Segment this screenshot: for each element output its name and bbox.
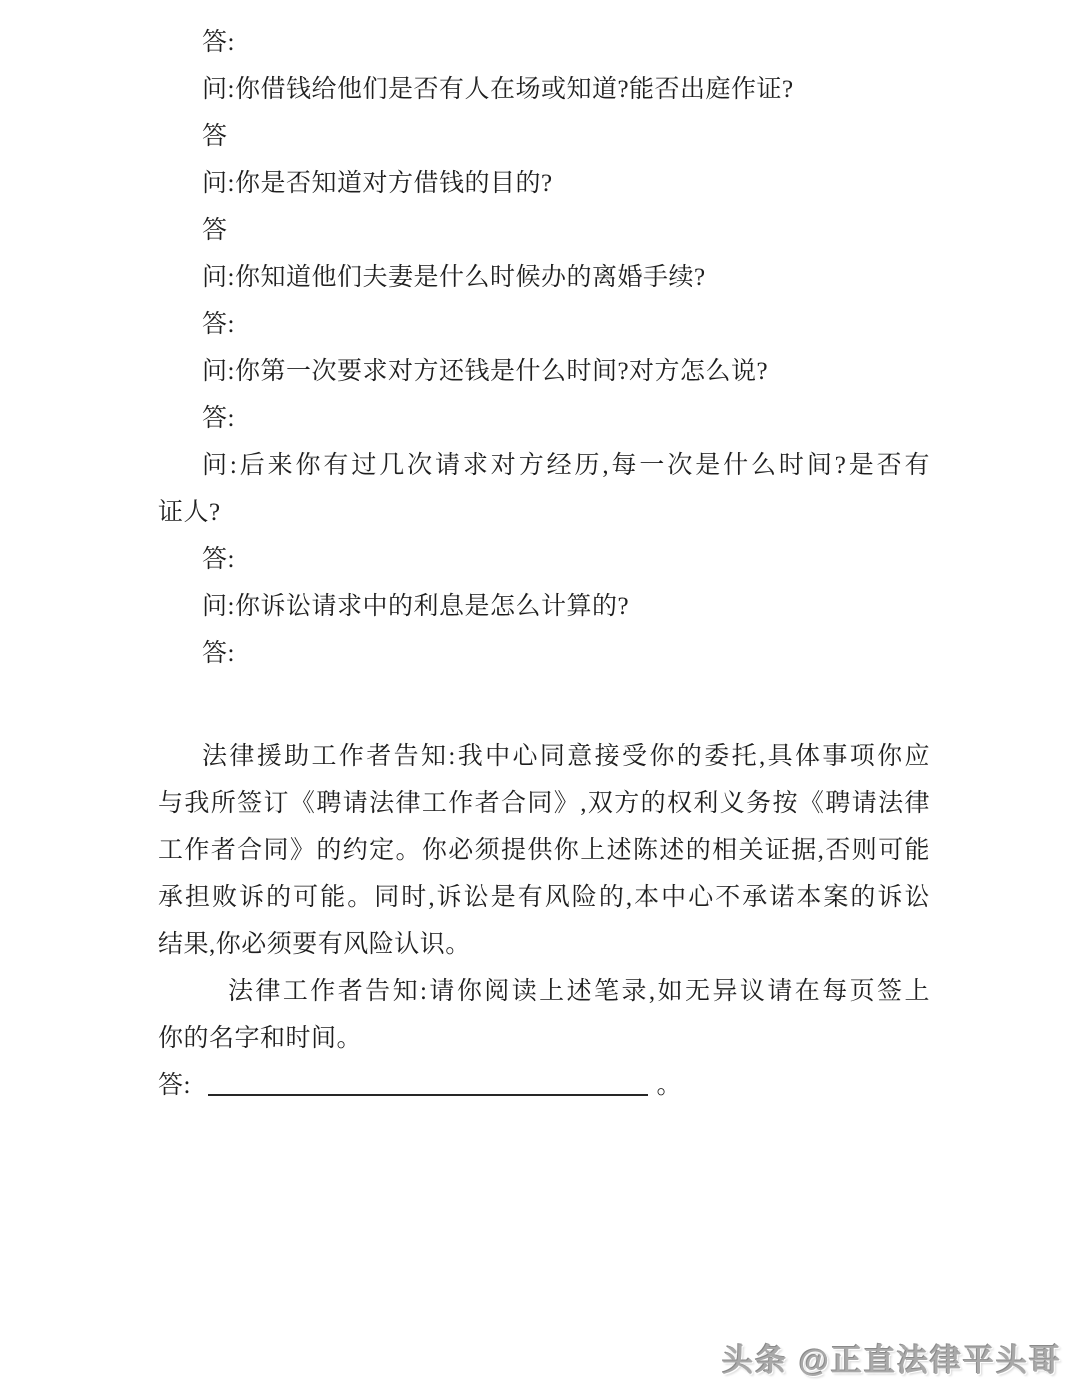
notice-line: 工作者合同》的约定。你必须提供你上述陈述的相关证据,否则可能 — [158, 827, 930, 874]
qa-answer-line: 答: — [158, 536, 930, 583]
qa-answer-line: 答: — [158, 301, 930, 348]
notice-line: 你的名字和时间。 — [158, 1015, 930, 1062]
qa-question-wrap-line: 证人? — [158, 489, 930, 536]
notice-line: 与我所签订《聘请法律工作者合同》,双方的权利义务按《聘请法律 — [158, 780, 930, 827]
qa-answer-line: 答 — [158, 207, 930, 254]
watermark-toutiao: 头条 @正直法律平头哥 — [722, 1335, 1062, 1380]
signature-blank-line — [208, 1094, 648, 1096]
qa-question-line: 问:你诉讼请求中的利息是怎么计算的? — [158, 583, 930, 630]
notice-line: 承担败诉的可能。同时,诉讼是有风险的,本中心不承诺本案的诉讼 — [158, 874, 930, 921]
document-page: 答: 问:你借钱给他们是否有人在场或知道?能否出庭作证? 答 问:你是否知道对方… — [0, 0, 1080, 1395]
qa-question-line: 问:你借钱给他们是否有人在场或知道?能否出庭作证? — [158, 66, 930, 113]
signature-answer-line: 答: 。 — [158, 1062, 930, 1109]
answer-period: 。 — [656, 1072, 682, 1099]
answer-label: 答: — [158, 1072, 191, 1099]
qa-answer-line: 答: — [158, 395, 930, 442]
qa-question-line: 问:你是否知道对方借钱的目的? — [158, 160, 930, 207]
legal-notice-section: 法律援助工作者告知:我中心同意接受你的委托,具体事项你应 与我所签订《聘请法律工… — [158, 733, 930, 1062]
interview-transcript: 答: 问:你借钱给他们是否有人在场或知道?能否出庭作证? 答 问:你是否知道对方… — [158, 19, 930, 1109]
notice-line: 法律援助工作者告知:我中心同意接受你的委托,具体事项你应 — [158, 733, 930, 780]
notice-line: 结果,你必须要有风险认识。 — [158, 921, 930, 968]
qa-question-line: 问:你知道他们夫妻是什么时候办的离婚手续? — [158, 254, 930, 301]
qa-answer-line: 答: — [158, 630, 930, 677]
qa-question-line: 问:你第一次要求对方还钱是什么时间?对方怎么说? — [158, 348, 930, 395]
notice-line: 法律工作者告知:请你阅读上述笔录,如无异议请在每页签上 — [158, 968, 930, 1015]
qa-question-line: 问:后来你有过几次请求对方经历,每一次是什么时间?是否有 — [158, 442, 930, 489]
qa-answer-line: 答 — [158, 113, 930, 160]
qa-answer-line: 答: — [158, 19, 930, 66]
